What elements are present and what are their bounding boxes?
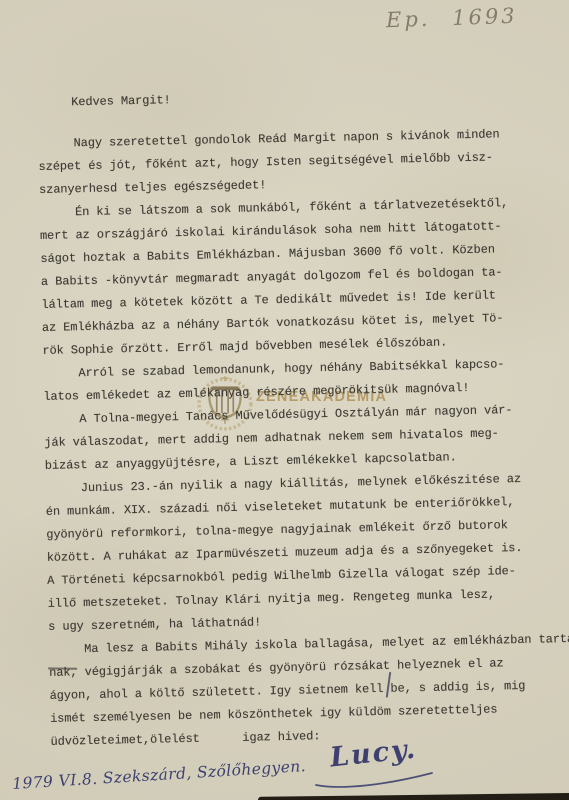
date-handwriting-note: 1979 VI.8. Szekszárd, Szőlőhegyen. xyxy=(12,757,307,793)
salutation: Kedves Margit! xyxy=(37,81,562,115)
letter-content: Kedves Margit! Nagy szeretettel gondolok… xyxy=(37,81,569,754)
overtype-strike-mark xyxy=(48,667,77,669)
signature-underline-flourish xyxy=(314,770,436,790)
letter-body: Nagy szeretettel gondolok Reád Margit na… xyxy=(38,122,569,754)
photo-edge-strip xyxy=(258,793,569,800)
archive-number-note: Ep. 1693 xyxy=(386,4,518,33)
letter-paper: Ep. 1693 ZENEAKADÉMIA Kedves Margit! Nag… xyxy=(0,0,569,800)
